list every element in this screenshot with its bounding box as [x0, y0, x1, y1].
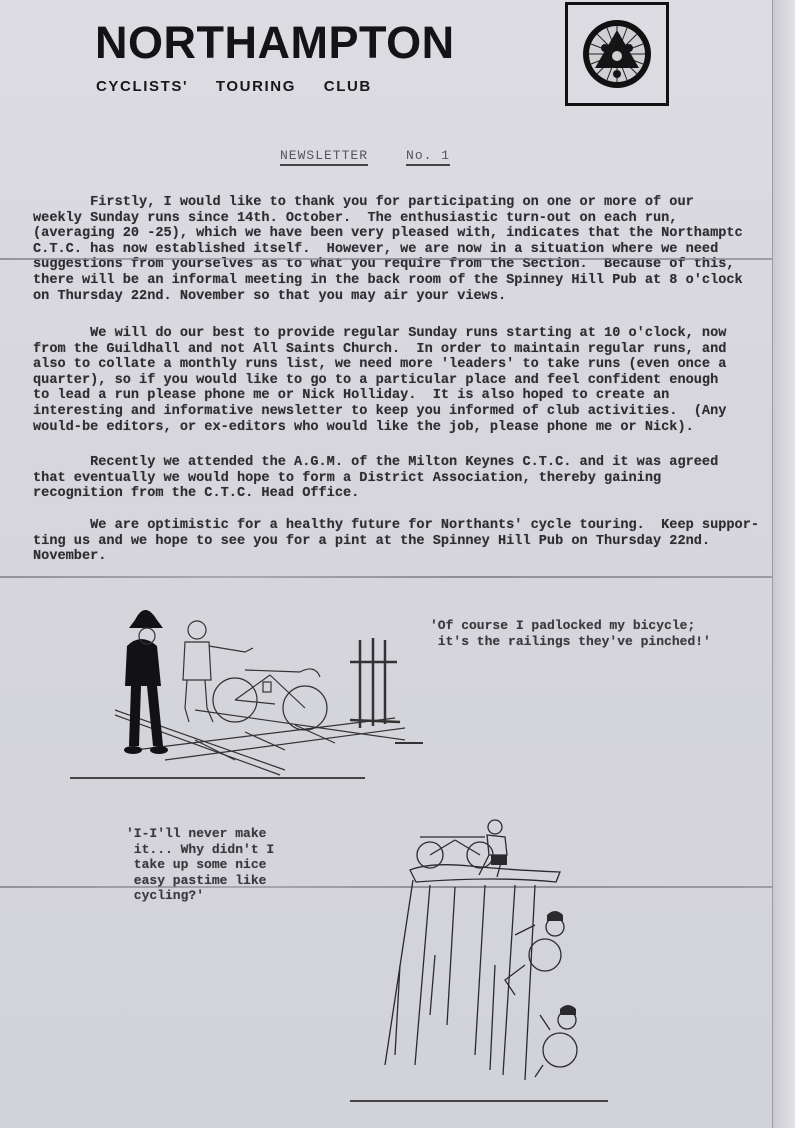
- paragraph-3: Recently we attended the A.G.M. of the M…: [33, 455, 773, 502]
- paragraph-2: We will do our best to provide regular S…: [33, 326, 773, 435]
- cliff-climbers-cartoon: [375, 815, 605, 1095]
- cartoon-2-caption: 'I-I'll never make it... Why didn't I ta…: [126, 826, 274, 904]
- fold-line: [0, 258, 772, 260]
- club-subtitle: CYCLISTS' TOURING CLUB: [96, 78, 372, 95]
- policeman-railings-cartoon: [105, 600, 425, 780]
- cartoon-2-rule: [350, 1100, 608, 1102]
- fold-line: [0, 576, 772, 578]
- ctc-logo: [565, 2, 669, 106]
- cartoon-1-caption: 'Of course I padlocked my bicycle; it's …: [430, 618, 711, 649]
- newsletter-heading: NEWSLETTERNo. 1: [280, 148, 450, 163]
- newsletter-title: NEWSLETTER: [280, 148, 368, 166]
- issue-number: No. 1: [406, 148, 450, 166]
- club-title: NORTHAMPTON: [95, 18, 455, 68]
- cartoon-1-rule: [70, 777, 365, 779]
- page-edge: [772, 0, 795, 1128]
- paragraph-4: We are optimistic for a healthy future f…: [33, 518, 773, 565]
- winged-wheel-icon: [581, 18, 653, 90]
- paragraph-1: Firstly, I would like to thank you for p…: [33, 195, 773, 304]
